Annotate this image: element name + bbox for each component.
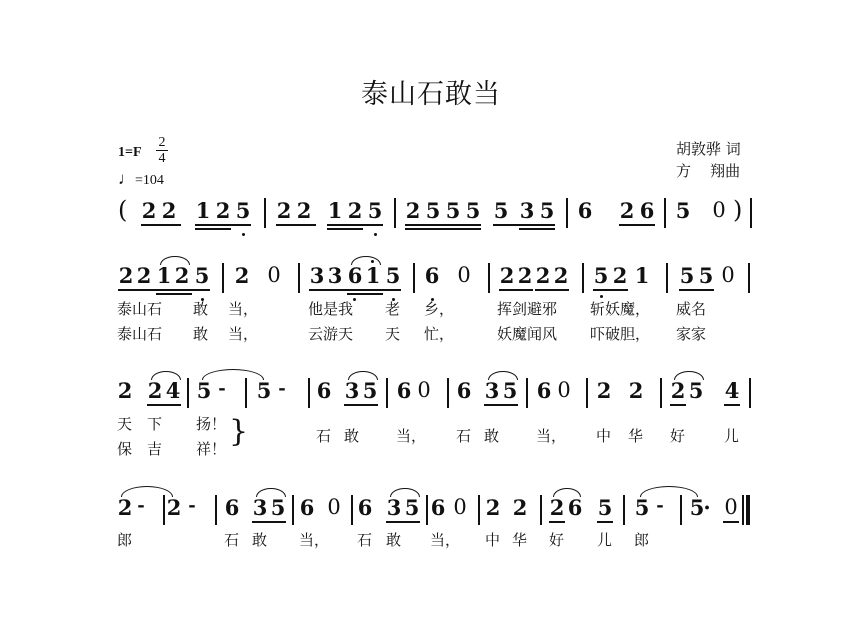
time-numerator: 2 <box>156 135 168 150</box>
note: 3 <box>309 263 325 288</box>
lyric-refrain-v2-3: 祥！ <box>196 438 226 459</box>
lyric-refrain-v2-2: 吉 <box>147 438 162 459</box>
note: 6 <box>639 198 655 223</box>
underline <box>386 521 420 523</box>
barline <box>666 263 668 293</box>
key-signature: 1=F <box>118 145 142 161</box>
barline <box>566 198 568 228</box>
slur <box>160 256 190 265</box>
lyric-verse2-9: 家家 <box>676 323 706 344</box>
note: 2 <box>517 263 533 288</box>
note: 2 <box>118 263 134 288</box>
note: 5 <box>679 263 695 288</box>
time-denominator: 4 <box>156 150 168 166</box>
slur <box>390 488 420 497</box>
lyric-verse1-4: 他是我 <box>308 298 353 319</box>
note: 2 <box>553 263 569 288</box>
high-octave-dot <box>371 260 374 263</box>
underline <box>499 289 533 291</box>
note: 5 <box>235 198 251 223</box>
barline <box>750 198 752 228</box>
underline <box>347 293 383 295</box>
note: 2 <box>499 263 515 288</box>
underline <box>147 404 181 406</box>
note: 5 <box>597 495 613 520</box>
barline <box>664 198 666 228</box>
tempo-value: =104 <box>135 173 164 188</box>
dash: - <box>274 378 290 399</box>
note: 6 <box>396 378 412 403</box>
barline <box>426 495 428 525</box>
underline <box>195 224 251 226</box>
note: 2 <box>535 263 551 288</box>
note: 6 <box>357 495 373 520</box>
underline <box>593 289 628 291</box>
underline <box>549 521 565 523</box>
underline <box>724 404 740 406</box>
note: 3 <box>252 495 268 520</box>
open-paren: ( <box>118 196 127 224</box>
note: 2 <box>136 263 152 288</box>
note: 2 <box>147 378 163 403</box>
barline <box>540 495 542 525</box>
rest: 0 <box>416 378 432 402</box>
underline <box>484 404 518 406</box>
lyric-end-7: 当， <box>430 529 460 550</box>
barline <box>748 263 750 293</box>
note: 2 <box>161 198 177 223</box>
note: 2 <box>347 198 363 223</box>
barline <box>298 263 300 293</box>
staff-line-intro: ( 2 2 1 2 5 2 2 1 2 5 2 5 5 5 5 3 5 6 2 … <box>0 198 862 238</box>
note: 1 <box>365 263 381 288</box>
underline <box>405 228 481 230</box>
lyric-verse1-3: 当， <box>228 298 258 319</box>
barline <box>222 263 224 293</box>
slur <box>674 371 704 380</box>
note: 6 <box>299 495 315 520</box>
note: 5 <box>539 198 555 223</box>
lyric-end-6: 敢 <box>386 529 401 550</box>
note: 2 <box>215 198 231 223</box>
time-signature: 2 4 <box>156 135 168 166</box>
note: 6 <box>316 378 332 403</box>
final-barline-thin <box>742 495 744 525</box>
note: 5 <box>634 495 650 520</box>
note: 6 <box>456 378 472 403</box>
underline <box>597 521 613 523</box>
lyric-verse2-1: 泰山石 <box>117 323 162 344</box>
lyric-verse2-3: 当， <box>228 323 258 344</box>
tie <box>202 369 264 380</box>
underline <box>195 228 231 230</box>
lyric-refrain-8: 华 <box>628 425 643 446</box>
rest: 0 <box>723 495 739 519</box>
lyric-end-12: 郎 <box>634 529 649 550</box>
lyric-verse1-6: 乡， <box>424 298 454 319</box>
note: 2 <box>549 495 565 520</box>
note: 2 <box>166 495 182 520</box>
lyric-end-4: 当， <box>299 529 329 550</box>
note: 2 <box>512 495 528 520</box>
dash: - <box>184 495 200 516</box>
underline <box>252 521 286 523</box>
lyric-verse1-8: 斩妖魔， <box>590 298 650 319</box>
note: 1 <box>156 263 172 288</box>
underline <box>118 289 210 291</box>
rest: 0 <box>556 378 572 402</box>
lyric-verse1-1: 泰山石 <box>117 298 162 319</box>
dotted-note-dot: · <box>703 495 711 520</box>
lyric-refrain-1: 石 <box>316 425 331 446</box>
lyric-end-8: 中 <box>485 529 500 550</box>
slur <box>553 488 581 497</box>
note: 2 <box>405 198 421 223</box>
lyric-end-5: 石 <box>357 529 372 550</box>
song-title: 泰山石敢当 <box>0 72 862 111</box>
lyric-refrain-7: 中 <box>596 425 611 446</box>
note: 3 <box>519 198 535 223</box>
slur <box>256 488 286 497</box>
barline <box>215 495 217 525</box>
lyric-verse2-6: 忙， <box>424 323 454 344</box>
dash: - <box>214 378 230 399</box>
lyric-end-2: 石 <box>224 529 239 550</box>
note: 2 <box>670 378 686 403</box>
lyricist-credit: 胡敦骅 词 <box>676 138 741 160</box>
underline <box>670 404 686 406</box>
underline <box>535 289 569 291</box>
underline <box>156 293 192 295</box>
staff-line-refrain-1: 2 2 4 5 - 5 - 6 3 5 6 0 6 3 5 6 0 2 2 2 … <box>0 378 862 418</box>
lyric-end-11: 儿 <box>597 529 612 550</box>
note: 6 <box>577 198 593 223</box>
note: 1 <box>195 198 211 223</box>
note: 3 <box>386 495 402 520</box>
barline <box>488 263 490 293</box>
lyric-verse1-2: 敢 <box>193 298 208 319</box>
note: 5 <box>593 263 609 288</box>
note: 5 <box>465 198 481 223</box>
note: 2 <box>174 263 190 288</box>
final-barline-thick <box>746 495 750 525</box>
underline <box>309 289 401 291</box>
lyric-refrain-v1-1: 天 <box>117 413 132 434</box>
lyric-verse2-2: 敢 <box>193 323 208 344</box>
barline <box>413 263 415 293</box>
note: 5 <box>445 198 461 223</box>
note: 5 <box>698 263 714 288</box>
note: 1 <box>634 263 650 288</box>
lyric-end-9: 华 <box>512 529 527 550</box>
note: 6 <box>347 263 363 288</box>
underline <box>619 224 655 226</box>
note: 5 <box>194 263 210 288</box>
note: 5 <box>362 378 378 403</box>
note: 2 <box>117 378 133 403</box>
barline <box>660 378 662 408</box>
note: 4 <box>165 378 181 403</box>
slur <box>488 371 518 380</box>
lyric-verse1-9: 威名 <box>676 298 706 319</box>
barline <box>264 198 266 228</box>
barline <box>292 495 294 525</box>
underline <box>405 224 481 226</box>
barline <box>749 378 751 408</box>
lyric-refrain-v1-2: 下 <box>147 413 162 434</box>
rest: 0 <box>452 495 468 519</box>
note: 2 <box>485 495 501 520</box>
barline <box>394 198 396 228</box>
note: 2 <box>596 378 612 403</box>
composer-credit: 方 翔曲 <box>676 160 741 182</box>
dash: - <box>652 495 668 516</box>
quarter-note-icon: ♩ <box>118 169 135 188</box>
low-octave-dot <box>242 233 245 236</box>
note: 2 <box>612 263 628 288</box>
lyric-refrain-10: 儿 <box>724 425 739 446</box>
barline <box>623 495 625 525</box>
lyric-verse2-8: 吓破胆， <box>590 323 650 344</box>
lyric-refrain-5: 敢 <box>484 425 499 446</box>
lyric-refrain-9: 好 <box>670 425 685 446</box>
barline <box>526 378 528 408</box>
note: 2 <box>628 378 644 403</box>
barline <box>680 495 682 525</box>
lyric-verse2-7: 妖魔闻风 <box>497 323 557 344</box>
low-octave-dot <box>353 298 356 301</box>
note: 6 <box>224 495 240 520</box>
tempo-marking: ♩=104 <box>118 169 164 189</box>
note: 4 <box>724 378 740 403</box>
lyric-refrain-v1-3: 扬！ <box>196 413 226 434</box>
barline <box>582 263 584 293</box>
note: 5 <box>688 378 704 403</box>
underline <box>327 228 363 230</box>
staff-line-verse: 2 2 1 2 5 2 0 3 3 6 1 5 6 0 2 2 2 2 5 2 … <box>0 263 862 303</box>
barline <box>245 378 247 408</box>
note: 6 <box>567 495 583 520</box>
note: 2 <box>296 198 312 223</box>
slur <box>351 256 381 265</box>
credits: 胡敦骅 词 方 翔曲 <box>676 138 741 182</box>
underline <box>679 289 714 291</box>
note: 6 <box>430 495 446 520</box>
lyric-refrain-6: 当， <box>536 425 566 446</box>
note: 6 <box>536 378 552 403</box>
note: 2 <box>276 198 292 223</box>
barline <box>386 378 388 408</box>
rest: 0 <box>711 198 727 222</box>
rest: 0 <box>326 495 342 519</box>
lyric-verse1-5: 老 <box>385 298 400 319</box>
barline <box>478 495 480 525</box>
slur <box>151 371 181 380</box>
underline <box>344 404 378 406</box>
key-label: 1=F <box>118 145 142 160</box>
barline <box>308 378 310 408</box>
lyric-refrain-3: 当， <box>396 425 426 446</box>
rest: 0 <box>720 263 736 287</box>
note: 5 <box>493 198 509 223</box>
lyric-end-3: 敢 <box>252 529 267 550</box>
barline <box>586 378 588 408</box>
dash: - <box>133 495 149 516</box>
lyric-end-10: 好 <box>549 529 564 550</box>
underline <box>493 224 555 226</box>
verse-brace: } <box>229 414 248 449</box>
note: 5 <box>385 263 401 288</box>
rest: 0 <box>456 263 472 287</box>
note: 3 <box>344 378 360 403</box>
underline <box>141 224 181 226</box>
note: 5 <box>404 495 420 520</box>
lyric-end-1: 郎 <box>117 529 132 550</box>
underline <box>723 521 739 523</box>
note: 6 <box>424 263 440 288</box>
lyric-refrain-4: 石 <box>456 425 471 446</box>
note: 5 <box>367 198 383 223</box>
note: 2 <box>141 198 157 223</box>
barline <box>163 495 165 525</box>
lyric-verse1-7: 挥剑避邪 <box>497 298 557 319</box>
close-paren: ) <box>733 196 742 224</box>
barline <box>187 378 189 408</box>
slur <box>348 371 378 380</box>
note: 3 <box>327 263 343 288</box>
underline <box>519 228 555 230</box>
lyric-refrain-v2-1: 保 <box>117 438 132 459</box>
note: 2 <box>117 495 133 520</box>
lyric-refrain-2: 敢 <box>344 425 359 446</box>
lyric-verse2-5: 天 <box>385 323 400 344</box>
barline <box>447 378 449 408</box>
note: 5 <box>425 198 441 223</box>
note: 5 <box>502 378 518 403</box>
note: 1 <box>327 198 343 223</box>
note: 5 <box>675 198 691 223</box>
lyric-verse2-4: 云游天 <box>308 323 353 344</box>
low-octave-dot <box>374 233 377 236</box>
note: 5 <box>256 378 272 403</box>
note: 2 <box>234 263 250 288</box>
note: 3 <box>484 378 500 403</box>
underline <box>276 224 316 226</box>
rest: 0 <box>266 263 282 287</box>
barline <box>351 495 353 525</box>
note: 5 <box>196 378 212 403</box>
note: 5 <box>270 495 286 520</box>
underline <box>327 224 383 226</box>
note: 2 <box>619 198 635 223</box>
